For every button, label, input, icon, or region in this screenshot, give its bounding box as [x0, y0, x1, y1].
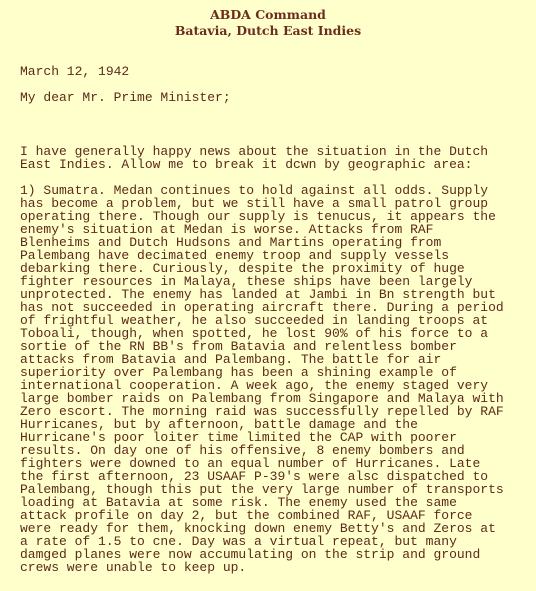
letterhead-location: Batavia, Dutch East Indies — [0, 23, 536, 39]
text-line: East Indies. Allow me to break it dcwn b… — [20, 158, 488, 171]
paragraph-intro: I have generally happy news about the si… — [20, 145, 488, 171]
letter-salutation: My dear Mr. Prime Minister; — [20, 91, 231, 105]
letterhead: ABDA Command Batavia, Dutch East Indies — [0, 7, 536, 39]
paragraph-sumatra: 1) Sumatra. Medan continues to hold agai… — [20, 184, 504, 574]
text-line: crews were unable to keep up. — [20, 561, 504, 574]
letter-date: March 12, 1942 — [20, 65, 129, 79]
letterhead-organization: ABDA Command — [0, 7, 536, 23]
